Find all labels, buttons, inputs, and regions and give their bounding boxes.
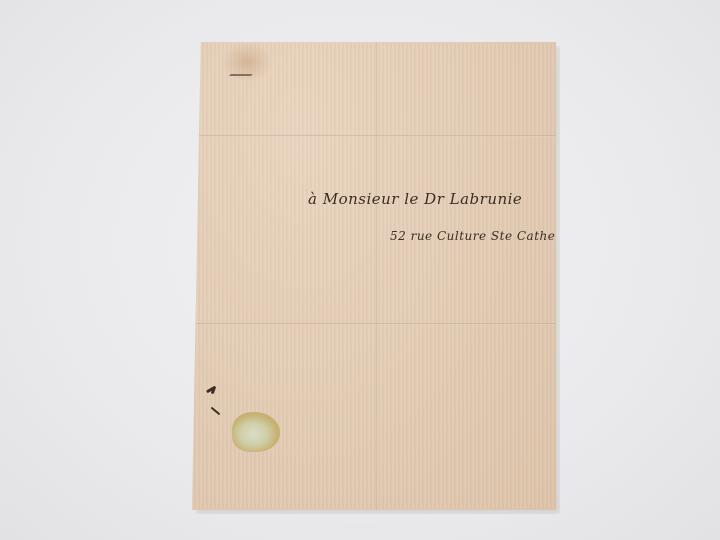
seal-stain [232, 412, 280, 452]
ink-mark-3 [211, 407, 221, 416]
fold-line-top [192, 135, 556, 137]
fold-line-vertical [376, 42, 378, 510]
address-line-2: 52 rue Culture Ste Catherine [390, 229, 582, 243]
address-line-1: à Monsieur le Dr Labrunie [308, 190, 522, 208]
fold-line-bottom [192, 323, 556, 325]
letter-paper: à Monsieur le Dr Labrunie 52 rue Culture… [192, 42, 556, 510]
top-stain [222, 42, 272, 82]
